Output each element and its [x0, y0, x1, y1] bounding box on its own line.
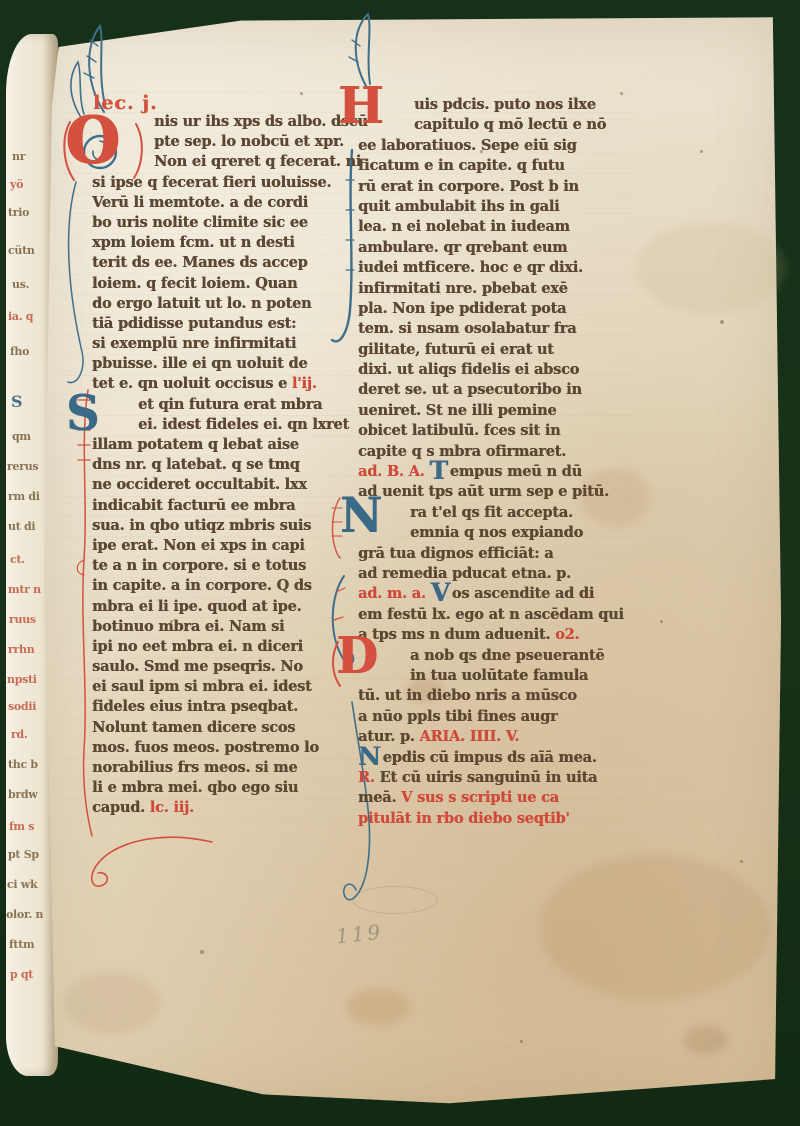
text-line: emnia q nos expiando [358, 523, 630, 543]
edge-fragment: nr [12, 150, 25, 163]
body-text: iudei mtficere. hoc e qr dixi. [358, 259, 583, 276]
text-line: a nūo ppls tibi fines augr [358, 707, 630, 727]
text-line: meā. V sus s scripti ue ca [358, 788, 630, 808]
body-text: a tps ms n dum aduenit. [358, 626, 555, 643]
text-line: Non ei qreret q fecerat. ni [92, 152, 364, 172]
edge-fragment: p qt [10, 968, 33, 981]
text-line: te a n in corpore. si e totus [92, 556, 364, 576]
initial-letter: H [338, 81, 383, 131]
text-line: Nepdis cū impus ds aīā mea. [358, 748, 630, 768]
edge-fragment: cütn [8, 244, 35, 257]
text-line: ficatum e in capite. q futu [358, 156, 630, 176]
body-text: obicet latibulū. fces sit in [358, 422, 560, 439]
rubric-text: o2. [555, 626, 579, 643]
text-line: capitulo q mō lectū e nō [358, 115, 630, 135]
text-line: bo uris nolite climite sic ee [92, 213, 364, 233]
text-line: Verū li memtote. a de cordi [92, 193, 364, 213]
body-text: ei saul ipm si mbra ei. idest [92, 678, 312, 695]
text-line: a tps ms n dum aduenit. o2. [358, 625, 630, 645]
text-line: sua. in qbo utiqz mbris suis [92, 516, 364, 536]
body-text: capite q s mbra ofirmaret. [358, 443, 566, 460]
text-line: ad. B. A. Tempus meū n dū [358, 462, 630, 482]
text-line: ei saul ipm si mbra ei. idest [92, 677, 364, 697]
text-line: ra t'el qs fit accepta. [358, 503, 630, 523]
initial-h: H [338, 82, 383, 130]
text-line: tet e. qn uoluit occisus e l'ij. [92, 374, 364, 394]
text-line: ne occideret occultabit. lxx [92, 475, 364, 495]
initial-letter: N [340, 491, 382, 539]
text-line: botinuo mbra ei. Nam si [92, 617, 364, 637]
body-text: capud. [92, 799, 150, 816]
text-line: grā tua dignos efficiāt: a [358, 544, 630, 564]
body-text: ueniret. St ne illi pemine [358, 402, 556, 419]
column-right: uis pdcis. puto nos ilxecapitulo q mō le… [358, 95, 630, 829]
text-line: em festū lx. ego at n ascēdam qui [358, 605, 630, 625]
rubric-text: ARIA. IIII. V. [419, 728, 519, 745]
initial-o: O [66, 110, 120, 172]
text-line: in capite. a in corpore. Q ds [92, 576, 364, 596]
body-text: Et cū uiris sanguinū in uita [380, 769, 598, 786]
body-text: empus meū n dū [450, 463, 582, 480]
text-line: capud. lc. iij. [92, 798, 364, 818]
body-text: in capite. a in corpore. Q ds [92, 577, 312, 594]
rubric-text: pitulāt in rbo diebo seqtib' [358, 810, 570, 827]
folio-number-pencil: 119 [335, 920, 384, 949]
body-text: rū erat in corpore. Post b in [358, 178, 579, 195]
body-text: dns nr. q latebat. q se tmq [92, 456, 300, 473]
body-text: infirmitati nre. pbebat exē [358, 280, 568, 297]
body-text: epdis cū impus ds aīā mea. [383, 749, 597, 766]
body-text: os ascendite ad di [452, 585, 594, 602]
edge-fragment: mtr n [8, 583, 41, 596]
initial-letter: D [336, 631, 378, 681]
body-text: botinuo mbra ei. Nam si [92, 618, 284, 635]
text-line: pitulāt in rbo diebo seqtib' [358, 809, 630, 829]
text-line: R. Et cū uiris sanguinū in uita [358, 768, 630, 788]
edge-fragment: fho [10, 345, 29, 358]
text-line: loiem. q fecit loiem. Quan [92, 274, 364, 294]
body-text: pbuisse. ille ei qn uoluit de [92, 355, 307, 372]
text-line: nis ur ihs xps ds albo. dscū [92, 112, 364, 132]
text-line: illam potatem q lebat aise [92, 435, 364, 455]
body-text: saulo. Smd me pseqris. No [92, 658, 303, 675]
body-text: tem. si nsam osolabatur fra [358, 320, 576, 337]
body-text: lea. n ei nolebat in iudeam [358, 218, 570, 235]
initial-letter: S [66, 389, 99, 437]
body-text: ficatum e in capite. q futu [358, 157, 565, 174]
inline-initial: V [431, 578, 450, 607]
initial-letter: O [66, 108, 120, 173]
text-line: deret se. ut a psecutoribo in [358, 380, 630, 400]
body-text: si exemplū nre infirmitati [92, 335, 296, 352]
body-text: indicabit facturū ee mbra [92, 497, 295, 514]
rubric-text: ad. B. A. [358, 463, 429, 480]
body-text: mbra ei li ipe. quod at ipe. [92, 598, 301, 615]
body-text: ee laboratiuos. Sepe eiū sig [358, 137, 577, 154]
text-line: ei. idest fideles ei. qn lxret [92, 415, 364, 435]
body-text: gilitate, futurū ei erat ut [358, 341, 554, 358]
edge-fragment: pt Sp [8, 848, 39, 861]
text-line: uis pdcis. puto nos ilxe [358, 95, 630, 115]
edge-fragment: us. [12, 278, 29, 291]
body-text: ipi no eet mbra ei. n diceri [92, 638, 303, 655]
text-line: saulo. Smd me pseqris. No [92, 657, 364, 677]
edge-fragment: ut di [8, 520, 35, 533]
text-line: li e mbra mei. qbo ego siu [92, 778, 364, 798]
edge-fragment: ct. [10, 553, 25, 566]
body-text: fideles eius intra pseqbat. [92, 698, 298, 715]
edge-fragment: thc b [8, 758, 38, 771]
body-text: norabilius frs meos. si me [92, 759, 297, 776]
edge-fragment: S [11, 392, 22, 411]
text-line: norabilius frs meos. si me [92, 758, 364, 778]
body-text: terit ds ee. Manes ds accep [92, 254, 308, 271]
text-line: lea. n ei nolebat in iudeam [358, 217, 630, 237]
text-line: atur. p. ARIA. IIII. V. [358, 727, 630, 747]
body-text: te a n in corpore. si e totus [92, 557, 306, 574]
edge-fragment: npsti [7, 673, 37, 686]
text-line: Nolunt tamen dicere scos [92, 718, 364, 738]
body-text: capitulo q mō lectū e nō [414, 116, 606, 133]
body-text: ei. idest fideles ei. qn lxret [138, 416, 349, 433]
photo-background: nryötriocütnus.ia. qfhoSqmrerusrm diut d… [0, 0, 800, 1126]
text-line: ueniret. St ne illi pemine [358, 401, 630, 421]
pencil-mark [352, 886, 438, 914]
edge-fragment: ruus [9, 613, 36, 626]
text-line: tū. ut in diebo nris a mūsco [358, 686, 630, 706]
text-line: ad remedia pducat etna. p. [358, 564, 630, 584]
body-text: a nob qs dne pseuerantē [410, 647, 604, 664]
body-text: a nūo ppls tibi fines augr [358, 708, 557, 725]
body-text: ne occideret occultabit. lxx [92, 476, 307, 493]
body-text: quit ambulabit ihs in gali [358, 198, 559, 215]
body-text: Non ei qreret q fecerat. ni [154, 153, 361, 170]
body-text: grā tua dignos efficiāt: a [358, 545, 553, 562]
text-line: ee laboratiuos. Sepe eiū sig [358, 136, 630, 156]
body-text: si ipse q fecerat fieri uoluisse. [92, 174, 331, 191]
edge-fragment: ci wk [7, 878, 37, 891]
body-text: bo uris nolite climite sic ee [92, 214, 308, 231]
edge-fragment: rerus [7, 460, 38, 473]
text-line: gilitate, futurū ei erat ut [358, 340, 630, 360]
body-text: deret se. ut a psecutoribo in [358, 381, 582, 398]
body-text: do ergo latuit ut lo. n poten [92, 295, 311, 312]
body-text: tet e. qn uoluit occisus e [92, 375, 292, 392]
body-text: ra t'el qs fit accepta. [410, 504, 573, 521]
text-line: ambulare. qr qrebant eum [358, 238, 630, 258]
body-text: xpm loiem fcm. ut n desti [92, 234, 295, 251]
edge-fragment: trio [8, 206, 29, 219]
body-text: ad uenit tps aūt urm sep e pitū. [358, 483, 609, 500]
rubric-text: ad. m. a. [358, 585, 431, 602]
body-text: li e mbra mei. qbo ego siu [92, 779, 298, 796]
text-line: ad uenit tps aūt urm sep e pitū. [358, 482, 630, 502]
initial-s: S [66, 390, 99, 436]
edge-fragment: rrhn [8, 643, 34, 656]
text-line: mos. fuos meos. postremo lo [92, 738, 364, 758]
body-text: mos. fuos meos. postremo lo [92, 739, 319, 756]
text-line: dns nr. q latebat. q se tmq [92, 455, 364, 475]
edge-fragment: rd. [11, 728, 27, 741]
body-text: illam potatem q lebat aise [92, 436, 299, 453]
text-line: ipe erat. Non ei xps in capi [92, 536, 364, 556]
text-line: rū erat in corpore. Post b in [358, 177, 630, 197]
initial-n: N [340, 492, 382, 538]
text-line: do ergo latuit ut lo. n poten [92, 294, 364, 314]
column-left: nis ur ihs xps ds albo. dscūpte sep. lo … [92, 112, 364, 819]
text-line: pbuisse. ille ei qn uoluit de [92, 354, 364, 374]
inline-initial: N [358, 742, 381, 771]
initial-d: D [336, 632, 378, 680]
text-line: si exemplū nre infirmitati [92, 334, 364, 354]
text-line: quit ambulabit ihs in gali [358, 197, 630, 217]
text-line: infirmitati nre. pbebat exē [358, 279, 630, 299]
edge-fragment: rm di [8, 490, 40, 503]
body-text: et qin futura erat mbra [138, 396, 322, 413]
body-text: Nolunt tamen dicere scos [92, 719, 295, 736]
inline-initial: T [429, 456, 447, 485]
text-line: tiā pdidisse putandus est: [92, 314, 364, 334]
body-text: in tua uolūtate famula [410, 667, 588, 684]
body-text: Verū li memtote. a de cordi [92, 194, 308, 211]
body-text: ambulare. qr qrebant eum [358, 239, 567, 256]
text-line: tem. si nsam osolabatur fra [358, 319, 630, 339]
body-text: tū. ut in diebo nris a mūsco [358, 687, 577, 704]
edge-fragment: olor. n [6, 908, 43, 921]
edge-fragment: qm [12, 430, 31, 443]
body-text: ipe erat. Non ei xps in capi [92, 537, 305, 554]
body-text: sua. in qbo utiqz mbris suis [92, 517, 311, 534]
body-text: tiā pdidisse putandus est: [92, 315, 296, 332]
body-text: dixi. ut aliqs fidelis ei absco [358, 361, 579, 378]
text-line: terit ds ee. Manes ds accep [92, 253, 364, 273]
text-line: a nob qs dne pseuerantē [358, 646, 630, 666]
text-line: ad. m. a. Vos ascendite ad di [358, 584, 630, 604]
text-line: indicabit facturū ee mbra [92, 496, 364, 516]
body-text: meā. [358, 789, 401, 806]
body-text: pla. Non ipe pdiderat pota [358, 300, 566, 317]
body-text: loiem. q fecit loiem. Quan [92, 275, 297, 292]
text-line: xpm loiem fcm. ut n desti [92, 233, 364, 253]
body-text: em festū lx. ego at n ascēdam qui [358, 606, 624, 623]
text-line: et qin futura erat mbra [92, 395, 364, 415]
edge-fragment: sodii [8, 700, 36, 713]
text-line: fideles eius intra pseqbat. [92, 697, 364, 717]
rubric-text: l'ij. [292, 375, 317, 392]
edge-fragment: fttm [9, 938, 34, 951]
text-line: si ipse q fecerat fieri uoluisse. [92, 173, 364, 193]
body-text: nis ur ihs xps ds albo. dscū [154, 113, 368, 130]
body-text: emnia q nos expiando [410, 524, 583, 541]
edge-fragment: yö [10, 178, 23, 191]
rubric-text: lc. iij. [150, 799, 194, 816]
text-line: pla. Non ipe pdiderat pota [358, 299, 630, 319]
text-line: obicet latibulū. fces sit in [358, 421, 630, 441]
text-line: in tua uolūtate famula [358, 666, 630, 686]
text-line: capite q s mbra ofirmaret. [358, 442, 630, 462]
text-line: dixi. ut aliqs fidelis ei absco [358, 360, 630, 380]
text-line: ipi no eet mbra ei. n diceri [92, 637, 364, 657]
body-text: pte sep. lo nobcū et xpr. [154, 133, 344, 150]
rubric-text: V sus s scripti ue ca [401, 789, 559, 806]
edge-fragment: ia. q [8, 310, 33, 323]
body-text: ad remedia pducat etna. p. [358, 565, 571, 582]
edge-fragment: brdw [8, 788, 37, 801]
body-text: uis pdcis. puto nos ilxe [414, 96, 596, 113]
text-line: pte sep. lo nobcū et xpr. [92, 132, 364, 152]
text-line: iudei mtficere. hoc e qr dixi. [358, 258, 630, 278]
rubric-text: R. [358, 769, 380, 786]
text-line: mbra ei li ipe. quod at ipe. [92, 597, 364, 617]
edge-fragment: fm s [9, 820, 34, 833]
